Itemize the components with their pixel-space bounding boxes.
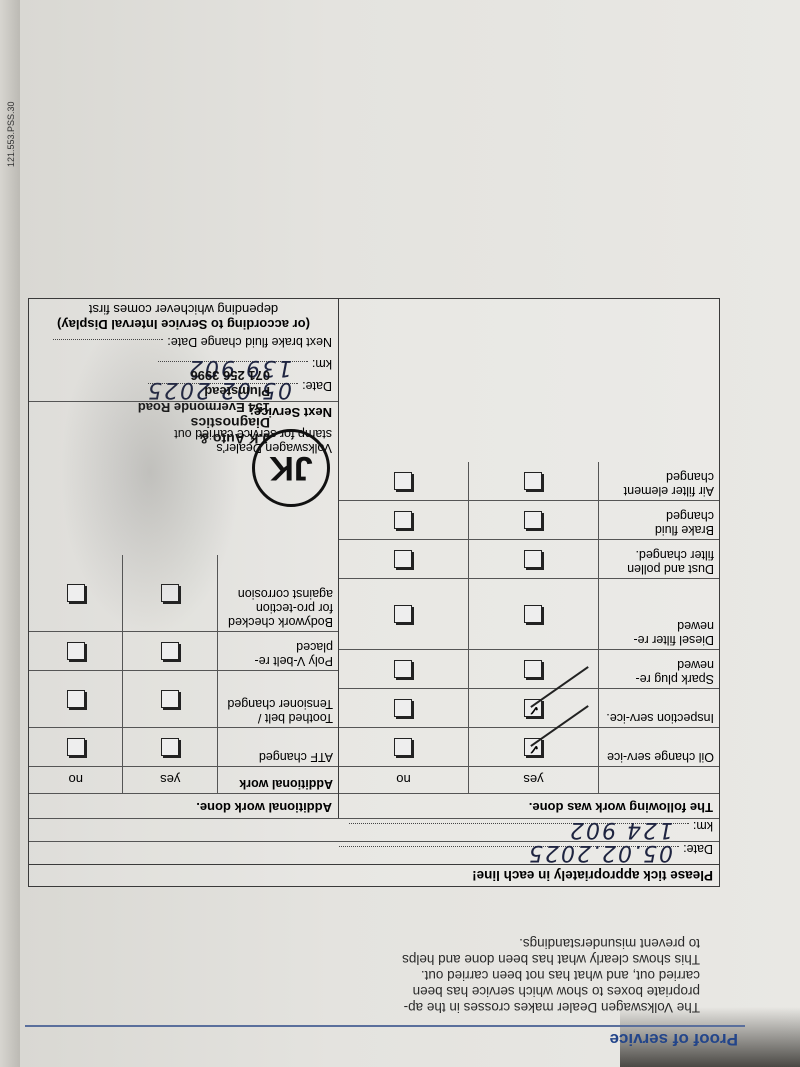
col-no: no — [339, 767, 468, 793]
checkbox-cell-yes — [123, 671, 218, 727]
checklist-row: Poly V-belt re-placed — [29, 631, 338, 670]
checkbox-cell-yes: ✓ — [468, 728, 598, 766]
checklist-label: Poly V-belt re-placed — [217, 632, 338, 670]
checkbox-cell-no — [339, 462, 468, 500]
checkbox-cell-yes — [468, 462, 598, 500]
form-header: Please tick appropriately in each line! — [29, 864, 719, 886]
checkbox-no[interactable] — [395, 605, 413, 623]
checkbox-no[interactable] — [67, 642, 85, 660]
checklist-label: Inspection serv-ice. — [598, 689, 719, 727]
checkbox-no[interactable] — [395, 738, 413, 756]
work-done-header-row: yes no — [339, 766, 719, 793]
checklist-row: Inspection serv-ice.✓ — [339, 688, 719, 727]
checklist-row: Brake fluid changed — [339, 500, 719, 539]
booklet-spine: 121.553.PSS.30 — [0, 0, 20, 1067]
tick-icon: ✓ — [529, 702, 540, 718]
intro-line: propriate boxes to show which service ha… — [360, 983, 700, 999]
checklist-label: ATF changed — [217, 728, 338, 766]
page-code: 121.553.PSS.30 — [6, 101, 16, 167]
checklist-row: ATF changed — [29, 727, 338, 766]
checkbox-yes[interactable]: ✓ — [525, 699, 543, 717]
fingerprint-smudge — [60, 307, 240, 637]
col-yes: yes — [468, 767, 598, 793]
work-done-section: The following work was done. yes no Oil … — [338, 299, 719, 818]
checkbox-yes[interactable]: ✓ — [525, 738, 543, 756]
checklist-label: Dust and pollen filter changed. — [598, 540, 719, 578]
checklist-row: Toothed belt / Tensioner changed — [29, 670, 338, 727]
checkbox-yes[interactable] — [525, 605, 543, 623]
checkbox-no[interactable] — [67, 690, 85, 708]
page-title: Proof of service — [610, 1029, 739, 1049]
km-label: km: — [693, 819, 713, 833]
whichever-first-note: depending whichever comes first — [89, 302, 278, 317]
col-yes: yes — [123, 767, 218, 793]
checkbox-no[interactable] — [395, 511, 413, 529]
checklist-label: Brake fluid changed — [598, 501, 719, 539]
next-km-label: km: — [312, 357, 332, 371]
checkbox-cell-no — [339, 689, 468, 727]
checkbox-yes[interactable] — [161, 642, 179, 660]
additional-work-header-row: Additional work yes no — [29, 766, 338, 793]
additional-work-col-label: Additional work — [217, 767, 338, 793]
checkbox-yes[interactable] — [161, 690, 179, 708]
checkbox-yes[interactable] — [525, 550, 543, 568]
intro-line: carried out, and what has not been carri… — [360, 967, 700, 983]
checkbox-yes[interactable] — [161, 738, 179, 756]
checklist-label: Bodywork checked for pro-tection against… — [217, 555, 338, 631]
checklist-label: Air filter element changed — [598, 462, 719, 500]
checklist-label: Spark plug re-newed — [598, 650, 719, 688]
checklist-label: Diesel filter re-newed — [598, 579, 719, 649]
checkbox-cell-yes — [468, 650, 598, 688]
km-field[interactable]: km: 124 902 — [29, 818, 719, 841]
date-value: 05.02.2025 — [527, 840, 673, 865]
work-done-heading: The following work was done. — [339, 793, 719, 818]
title-divider — [25, 1025, 745, 1027]
col-no: no — [29, 767, 123, 793]
checkbox-yes[interactable] — [525, 472, 543, 490]
intro-text: The Volkswagen Dealer makes crosses in t… — [360, 935, 700, 1015]
checklist-row: Spark plug re-newed — [339, 649, 719, 688]
checkbox-no[interactable] — [395, 550, 413, 568]
intro-line: The Volkswagen Dealer makes crosses in t… — [360, 999, 700, 1015]
intro-line: This shows clearly what has been done an… — [360, 951, 700, 967]
checklist-row: Oil change serv-ice✓ — [339, 727, 719, 766]
checkbox-cell-no — [339, 540, 468, 578]
checkbox-no[interactable] — [395, 660, 413, 678]
checklist-label: Oil change serv-ice — [598, 728, 719, 766]
checkbox-no[interactable] — [395, 472, 413, 490]
service-booklet-page: Proof of service The Volkswagen Dealer m… — [20, 0, 800, 1067]
checkbox-cell-yes — [468, 540, 598, 578]
checkbox-cell-yes — [468, 501, 598, 539]
checkbox-no[interactable] — [67, 738, 85, 756]
blank-header — [598, 767, 719, 793]
checklist-row: Dust and pollen filter changed. — [339, 539, 719, 578]
checkbox-no[interactable] — [395, 699, 413, 717]
tick-icon: ✓ — [529, 741, 540, 757]
checkbox-cell-no — [339, 650, 468, 688]
checkbox-cell-no — [29, 632, 123, 670]
checklist-row: Air filter element changed — [339, 462, 719, 500]
checkbox-cell-yes — [123, 632, 218, 670]
checkbox-cell-yes — [123, 728, 218, 766]
date-label: Date: — [683, 842, 713, 856]
checkbox-cell-no — [339, 579, 468, 649]
checkbox-cell-no — [29, 671, 123, 727]
checkbox-yes[interactable] — [525, 660, 543, 678]
checklist-label: Toothed belt / Tensioner changed — [217, 671, 338, 727]
checkbox-cell-yes — [468, 579, 598, 649]
intro-line: to prevent misunderstandings. — [360, 935, 700, 951]
rotated-page-photo: Proof of service The Volkswagen Dealer m… — [0, 0, 800, 1067]
checkbox-cell-no — [339, 728, 468, 766]
checkbox-no[interactable] — [67, 584, 85, 602]
additional-work-heading: Additional work done. — [29, 793, 338, 818]
checkbox-yes[interactable] — [525, 511, 543, 529]
checkbox-cell-no — [29, 728, 123, 766]
checkbox-cell-yes: ✓ — [468, 689, 598, 727]
date-field[interactable]: Date: 05.02.2025 — [29, 841, 719, 864]
checkbox-cell-no — [339, 501, 468, 539]
checklist-row: Diesel filter re-newed — [339, 578, 719, 649]
km-value: 124 902 — [568, 817, 673, 842]
